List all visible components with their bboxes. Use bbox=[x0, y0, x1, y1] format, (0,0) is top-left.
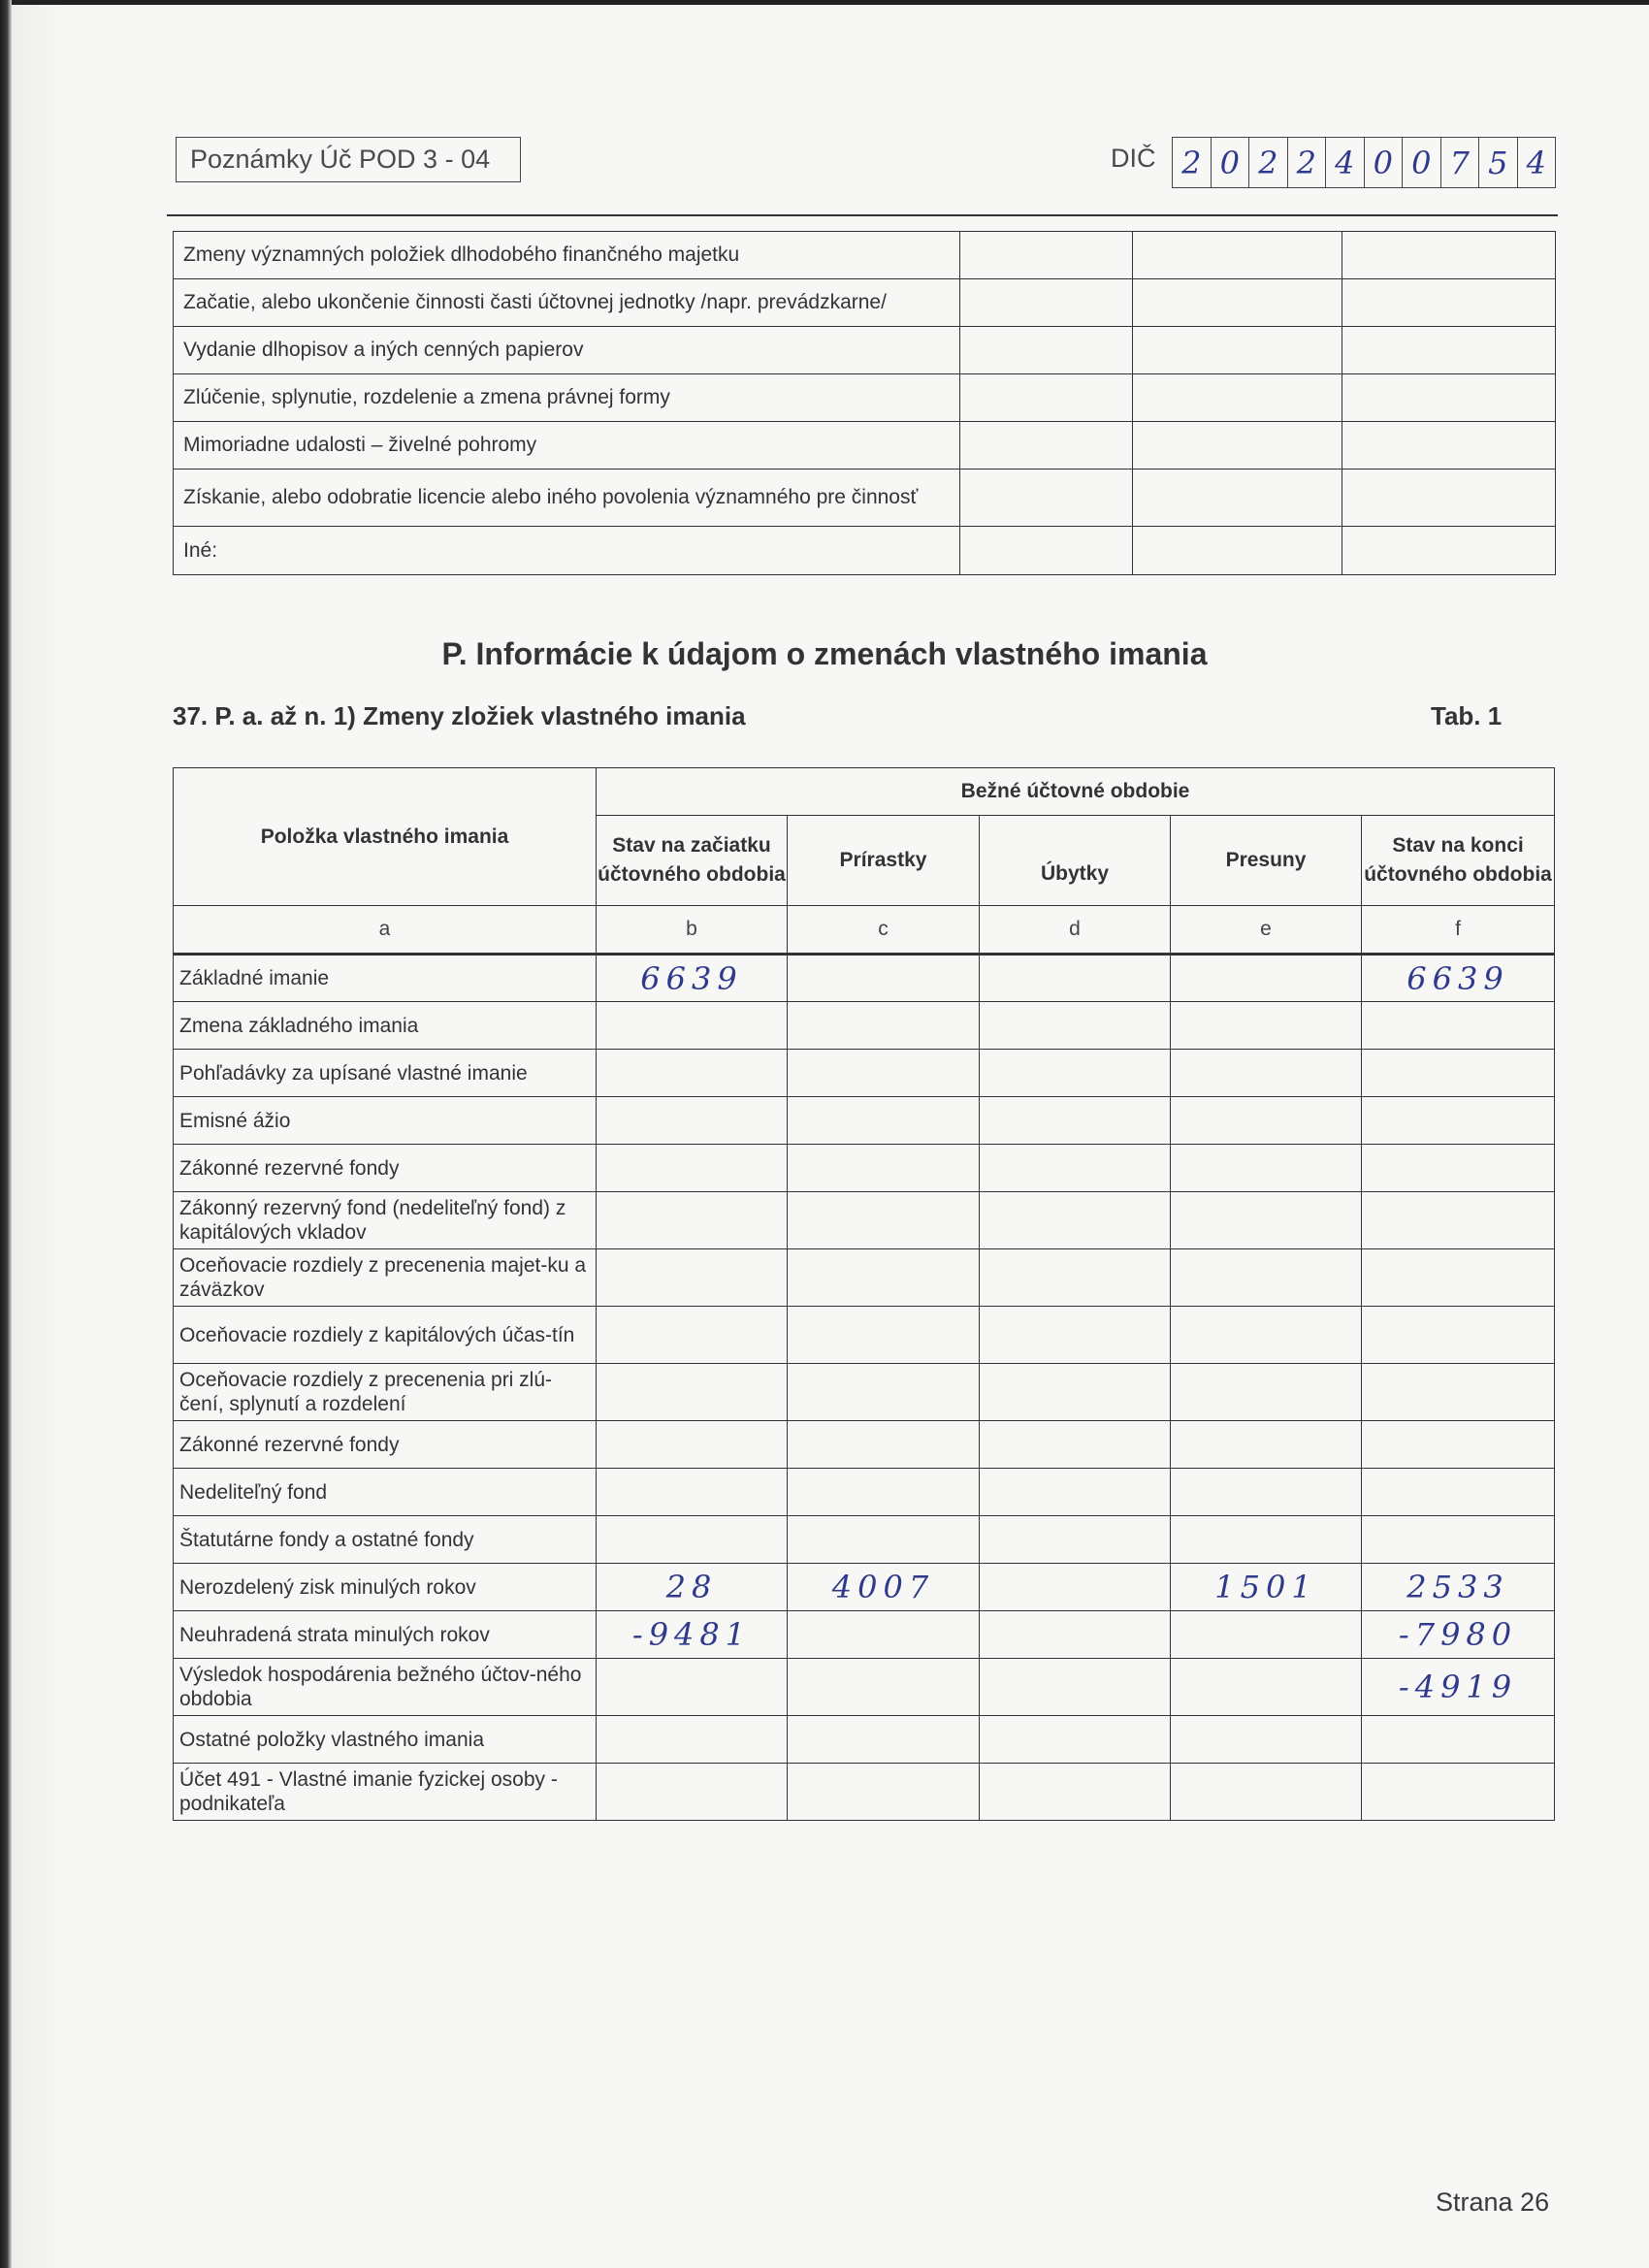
row-label: Vydanie dlhopisov a iných cenných papier… bbox=[174, 327, 960, 374]
table-row: Vydanie dlhopisov a iných cenných papier… bbox=[174, 327, 1556, 374]
equity-item-label: Ostatné položky vlastného imania bbox=[174, 1716, 597, 1764]
table-row: Zákonné rezervné fondy bbox=[174, 1421, 1555, 1469]
value-cell-d[interactable] bbox=[980, 1764, 1171, 1821]
value-cell-d[interactable] bbox=[980, 1469, 1171, 1516]
value-cell-b[interactable] bbox=[597, 1764, 788, 1821]
dic-digit-box[interactable]: 0 bbox=[1212, 138, 1250, 187]
table-row: Zákonné rezervné fondy bbox=[174, 1145, 1555, 1192]
value-cell-f[interactable] bbox=[1362, 1097, 1555, 1145]
value-cell-e[interactable] bbox=[1171, 1050, 1362, 1097]
value-cell-d[interactable] bbox=[980, 1421, 1171, 1469]
value-cell-b[interactable] bbox=[597, 1716, 788, 1764]
equity-item-label: Nedeliteľný fond bbox=[174, 1469, 597, 1516]
value-cell-c[interactable]: 4007 bbox=[788, 1564, 980, 1611]
scan-edge-left bbox=[0, 0, 12, 2268]
input-cell[interactable] bbox=[1342, 232, 1556, 279]
table-row: Mimoriadne udalosti – živelné pohromy bbox=[174, 422, 1556, 470]
value-cell-b[interactable] bbox=[597, 1145, 788, 1192]
input-cell[interactable] bbox=[1133, 527, 1342, 575]
input-cell[interactable] bbox=[960, 470, 1133, 527]
value-cell-e[interactable] bbox=[1171, 1421, 1362, 1469]
scan-edge-top bbox=[0, 0, 1649, 5]
value-cell-f[interactable] bbox=[1362, 1364, 1555, 1421]
value-cell-d[interactable] bbox=[980, 1307, 1171, 1364]
equity-item-label: Zákonné rezervné fondy bbox=[174, 1421, 597, 1469]
value-cell-b[interactable] bbox=[597, 1516, 788, 1564]
column-letter: c bbox=[788, 906, 980, 955]
value-cell-f[interactable] bbox=[1362, 1249, 1555, 1307]
input-cell[interactable] bbox=[1133, 327, 1342, 374]
table-row: Emisné ážio bbox=[174, 1097, 1555, 1145]
input-cell[interactable] bbox=[960, 374, 1133, 422]
dic-digit-box[interactable]: 7 bbox=[1441, 138, 1480, 187]
value-cell-f[interactable] bbox=[1362, 1516, 1555, 1564]
value-cell-d[interactable] bbox=[980, 1516, 1171, 1564]
table-row: Základné imanie66396639 bbox=[174, 955, 1555, 1002]
column-letter: b bbox=[597, 906, 788, 955]
value-cell-c[interactable] bbox=[788, 1002, 980, 1050]
input-cell[interactable] bbox=[1342, 470, 1556, 527]
column-letter: a bbox=[174, 906, 597, 955]
events-table: Zmeny významných položiek dlhodobého fin… bbox=[173, 231, 1556, 575]
value-cell-c[interactable] bbox=[788, 1469, 980, 1516]
value-cell-b[interactable]: 6639 bbox=[597, 955, 788, 1002]
row-label: Začatie, alebo ukončenie činnosti časti … bbox=[174, 279, 960, 327]
value-cell-f[interactable] bbox=[1362, 1764, 1555, 1821]
row-label: Mimoriadne udalosti – živelné pohromy bbox=[174, 422, 960, 470]
equity-item-label: Zákonné rezervné fondy bbox=[174, 1145, 597, 1192]
value-cell-e[interactable] bbox=[1171, 1764, 1362, 1821]
equity-item-label: Štatutárne fondy a ostatné fondy bbox=[174, 1516, 597, 1564]
value-cell-d[interactable] bbox=[980, 1364, 1171, 1421]
column-letter: f bbox=[1362, 906, 1555, 955]
table-row: Zmeny významných položiek dlhodobého fin… bbox=[174, 232, 1556, 279]
value-cell-f[interactable] bbox=[1362, 1307, 1555, 1364]
input-cell[interactable] bbox=[1342, 422, 1556, 470]
table-row: Účet 491 - Vlastné imanie fyzickej osoby… bbox=[174, 1764, 1555, 1821]
scan-shade bbox=[12, 5, 62, 2268]
table-row: Štatutárne fondy a ostatné fondy bbox=[174, 1516, 1555, 1564]
value-cell-c[interactable] bbox=[788, 1716, 980, 1764]
value-cell-d[interactable] bbox=[980, 1611, 1171, 1659]
dic-digit-box[interactable]: 2 bbox=[1288, 138, 1327, 187]
value-cell-b[interactable] bbox=[597, 1364, 788, 1421]
page-number: Strana 26 bbox=[1436, 2187, 1549, 2218]
input-cell[interactable] bbox=[960, 279, 1133, 327]
dic-digit-box[interactable]: 0 bbox=[1403, 138, 1441, 187]
dic-label: DIČ bbox=[1111, 144, 1156, 174]
equity-item-label: Základné imanie bbox=[174, 955, 597, 1002]
value-cell-f[interactable]: 6639 bbox=[1362, 955, 1555, 1002]
value-cell-c[interactable] bbox=[788, 1764, 980, 1821]
value-cell-c[interactable] bbox=[788, 1145, 980, 1192]
value-cell-e[interactable] bbox=[1171, 1002, 1362, 1050]
table-row: Výsledok hospodárenia bežného účtov-ného… bbox=[174, 1659, 1555, 1716]
equity-item-label: Výsledok hospodárenia bežného účtov-ného… bbox=[174, 1659, 597, 1716]
table-row: Iné: bbox=[174, 527, 1556, 575]
value-cell-b[interactable] bbox=[597, 1097, 788, 1145]
value-cell-e[interactable] bbox=[1171, 1611, 1362, 1659]
equity-item-label: Nerozdelený zisk minulých rokov bbox=[174, 1564, 597, 1611]
value-cell-c[interactable] bbox=[788, 1097, 980, 1145]
value-cell-f[interactable] bbox=[1362, 1002, 1555, 1050]
table-row: Nedeliteľný fond bbox=[174, 1469, 1555, 1516]
table-row: Neuhradená strata minulých rokov-9481-79… bbox=[174, 1611, 1555, 1659]
input-cell[interactable] bbox=[1133, 374, 1342, 422]
input-cell[interactable] bbox=[1133, 279, 1342, 327]
value-cell-e[interactable] bbox=[1171, 1192, 1362, 1249]
input-cell[interactable] bbox=[960, 527, 1133, 575]
dic-digit-box[interactable]: 5 bbox=[1479, 138, 1518, 187]
row-label: Iné: bbox=[174, 527, 960, 575]
equity-item-label: Zákonný rezervný fond (nedeliteľný fond)… bbox=[174, 1192, 597, 1249]
input-cell[interactable] bbox=[1133, 422, 1342, 470]
column-header-additions: Prírastky bbox=[788, 816, 980, 906]
value-cell-f[interactable] bbox=[1362, 1145, 1555, 1192]
value-cell-c[interactable] bbox=[788, 1307, 980, 1364]
value-cell-b[interactable] bbox=[597, 1249, 788, 1307]
value-cell-f[interactable]: -7980 bbox=[1362, 1611, 1555, 1659]
column-header-reductions: Úbytky bbox=[980, 816, 1171, 906]
value-cell-c[interactable] bbox=[788, 1421, 980, 1469]
equity-item-label: Účet 491 - Vlastné imanie fyzickej osoby… bbox=[174, 1764, 597, 1821]
value-cell-e[interactable] bbox=[1171, 1097, 1362, 1145]
header-divider bbox=[167, 214, 1558, 216]
form-code: Poznámky Úč POD 3 - 04 bbox=[190, 145, 490, 175]
input-cell[interactable] bbox=[960, 232, 1133, 279]
input-cell[interactable] bbox=[1133, 470, 1342, 527]
value-cell-d[interactable] bbox=[980, 1097, 1171, 1145]
value-cell-c[interactable] bbox=[788, 1659, 980, 1716]
dic-digit-box[interactable]: 4 bbox=[1326, 138, 1365, 187]
input-cell[interactable] bbox=[1342, 374, 1556, 422]
dic-digit-box[interactable]: 2 bbox=[1249, 138, 1288, 187]
value-cell-f[interactable]: -4919 bbox=[1362, 1659, 1555, 1716]
value-cell-e[interactable] bbox=[1171, 1364, 1362, 1421]
section-title: P. Informácie k údajom o zmenách vlastné… bbox=[0, 636, 1649, 672]
input-cell[interactable] bbox=[1133, 232, 1342, 279]
value-cell-f[interactable]: 2533 bbox=[1362, 1564, 1555, 1611]
column-letters-row: a b c d e f bbox=[174, 906, 1555, 955]
column-letter: e bbox=[1171, 906, 1362, 955]
column-header-period: Bežné účtovné obdobie bbox=[597, 768, 1555, 816]
value-cell-d[interactable] bbox=[980, 1659, 1171, 1716]
value-cell-c[interactable] bbox=[788, 955, 980, 1002]
value-cell-b[interactable] bbox=[597, 1192, 788, 1249]
value-cell-d[interactable] bbox=[980, 1192, 1171, 1249]
dic-digit-box[interactable]: 0 bbox=[1365, 138, 1404, 187]
form-code-box: Poznámky Úč POD 3 - 04 bbox=[176, 137, 521, 182]
value-cell-b[interactable] bbox=[597, 1307, 788, 1364]
value-cell-f[interactable] bbox=[1362, 1421, 1555, 1469]
value-cell-d[interactable] bbox=[980, 1050, 1171, 1097]
value-cell-b[interactable] bbox=[597, 1469, 788, 1516]
column-header-opening: Stav na začiatku účtovného obdobia bbox=[597, 816, 788, 906]
table-row: Začatie, alebo ukončenie činnosti časti … bbox=[174, 279, 1556, 327]
input-cell[interactable] bbox=[1342, 527, 1556, 575]
equity-item-label: Oceňovacie rozdiely z kapitálových účas-… bbox=[174, 1307, 597, 1364]
value-cell-b[interactable] bbox=[597, 1421, 788, 1469]
value-cell-d[interactable] bbox=[980, 1716, 1171, 1764]
dic-digit-box[interactable]: 4 bbox=[1518, 138, 1556, 187]
value-cell-c[interactable] bbox=[788, 1050, 980, 1097]
equity-item-label: Oceňovacie rozdiely z precenenia majet-k… bbox=[174, 1249, 597, 1307]
value-cell-b[interactable] bbox=[597, 1659, 788, 1716]
value-cell-e[interactable]: 1501 bbox=[1171, 1564, 1362, 1611]
value-cell-e[interactable] bbox=[1171, 1716, 1362, 1764]
value-cell-e[interactable] bbox=[1171, 1249, 1362, 1307]
row-label: Zlúčenie, splynutie, rozdelenie a zmena … bbox=[174, 374, 960, 422]
equity-item-label: Neuhradená strata minulých rokov bbox=[174, 1611, 597, 1659]
table-row: Pohľadávky za upísané vlastné imanie bbox=[174, 1050, 1555, 1097]
table-row: Zákonný rezervný fond (nedeliteľný fond)… bbox=[174, 1192, 1555, 1249]
table-row: Oceňovacie rozdiely z precenenia pri zlú… bbox=[174, 1364, 1555, 1421]
value-cell-b[interactable]: -9481 bbox=[597, 1611, 788, 1659]
value-cell-d[interactable] bbox=[980, 1002, 1171, 1050]
value-cell-c[interactable] bbox=[788, 1364, 980, 1421]
value-cell-c[interactable] bbox=[788, 1192, 980, 1249]
equity-item-label: Zmena základného imania bbox=[174, 1002, 597, 1050]
value-cell-d[interactable] bbox=[980, 1145, 1171, 1192]
dic-digit-box[interactable]: 2 bbox=[1173, 138, 1212, 187]
value-cell-d[interactable] bbox=[980, 1249, 1171, 1307]
table-number: Tab. 1 bbox=[1431, 701, 1502, 731]
value-cell-f[interactable] bbox=[1362, 1469, 1555, 1516]
dic-field[interactable]: 2022400754 bbox=[1172, 137, 1556, 188]
table-row: Zlúčenie, splynutie, rozdelenie a zmena … bbox=[174, 374, 1556, 422]
table-row: Oceňovacie rozdiely z precenenia majet-k… bbox=[174, 1249, 1555, 1307]
value-cell-f[interactable] bbox=[1362, 1192, 1555, 1249]
input-cell[interactable] bbox=[960, 327, 1133, 374]
table-subtitle: 37. P. a. až n. 1) Zmeny zložiek vlastné… bbox=[173, 701, 746, 731]
table-row: Ostatné položky vlastného imania bbox=[174, 1716, 1555, 1764]
value-cell-c[interactable] bbox=[788, 1611, 980, 1659]
column-header-transfers: Presuny bbox=[1171, 816, 1362, 906]
value-cell-e[interactable] bbox=[1171, 1659, 1362, 1716]
value-cell-b[interactable]: 28 bbox=[597, 1564, 788, 1611]
value-cell-f[interactable] bbox=[1362, 1050, 1555, 1097]
value-cell-d[interactable] bbox=[980, 1564, 1171, 1611]
value-cell-b[interactable] bbox=[597, 1050, 788, 1097]
value-cell-e[interactable] bbox=[1171, 1516, 1362, 1564]
table-row: Získanie, alebo odobratie licencie alebo… bbox=[174, 470, 1556, 527]
value-cell-e[interactable] bbox=[1171, 1145, 1362, 1192]
value-cell-d[interactable] bbox=[980, 955, 1171, 1002]
input-cell[interactable] bbox=[1342, 327, 1556, 374]
column-letter: d bbox=[980, 906, 1171, 955]
value-cell-c[interactable] bbox=[788, 1249, 980, 1307]
value-cell-e[interactable] bbox=[1171, 1469, 1362, 1516]
row-label: Zmeny významných položiek dlhodobého fin… bbox=[174, 232, 960, 279]
value-cell-b[interactable] bbox=[597, 1002, 788, 1050]
value-cell-e[interactable] bbox=[1171, 1307, 1362, 1364]
input-cell[interactable] bbox=[1342, 279, 1556, 327]
value-cell-f[interactable] bbox=[1362, 1716, 1555, 1764]
equity-item-label: Emisné ážio bbox=[174, 1097, 597, 1145]
column-header-closing: Stav na konci účtovného obdobia bbox=[1362, 816, 1555, 906]
value-cell-c[interactable] bbox=[788, 1516, 980, 1564]
equity-item-label: Pohľadávky za upísané vlastné imanie bbox=[174, 1050, 597, 1097]
table-row: Oceňovacie rozdiely z kapitálových účas-… bbox=[174, 1307, 1555, 1364]
equity-changes-table: Položka vlastného imania Bežné účtovné o… bbox=[173, 767, 1555, 1821]
equity-item-label: Oceňovacie rozdiely z precenenia pri zlú… bbox=[174, 1364, 597, 1421]
input-cell[interactable] bbox=[960, 422, 1133, 470]
table-row: Nerozdelený zisk minulých rokov284007150… bbox=[174, 1564, 1555, 1611]
value-cell-e[interactable] bbox=[1171, 955, 1362, 1002]
table-row: Zmena základného imania bbox=[174, 1002, 1555, 1050]
row-label: Získanie, alebo odobratie licencie alebo… bbox=[174, 470, 960, 527]
column-header-item: Položka vlastného imania bbox=[174, 768, 597, 906]
